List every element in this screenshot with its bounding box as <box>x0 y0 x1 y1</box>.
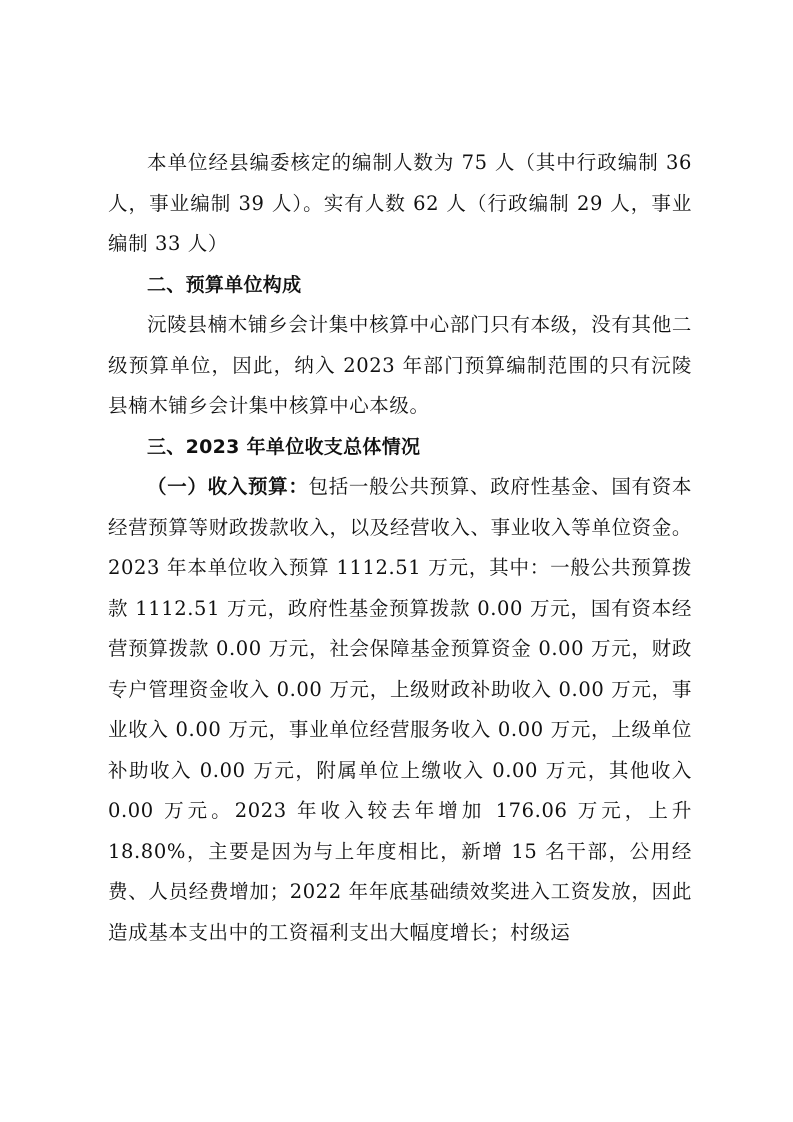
section-heading-overall: 三、2023 年单位收支总体情况 <box>108 427 692 468</box>
paragraph-staffing: 本单位经县编委核定的编制人数为 75 人（其中行政编制 36 人，事业编制 39… <box>108 143 692 265</box>
paragraph-income-budget: （一）收入预算：包括一般公共预算、政府性基金、国有资本经营预算等财政拨款收入，以… <box>108 467 692 953</box>
section-heading-budget-units: 二、预算单位构成 <box>108 265 692 306</box>
paragraph-budget-units: 沅陵县楠木铺乡会计集中核算中心部门只有本级，没有其他二级预算单位，因此，纳入 2… <box>108 305 692 427</box>
income-budget-text: 包括一般公共预算、政府性基金、国有资本经营预算等财政拨款收入，以及经营收入、事业… <box>108 475 692 944</box>
document-page: 本单位经县编委核定的编制人数为 75 人（其中行政编制 36 人，事业编制 39… <box>108 143 692 953</box>
income-budget-label: （一）收入预算： <box>147 475 309 498</box>
